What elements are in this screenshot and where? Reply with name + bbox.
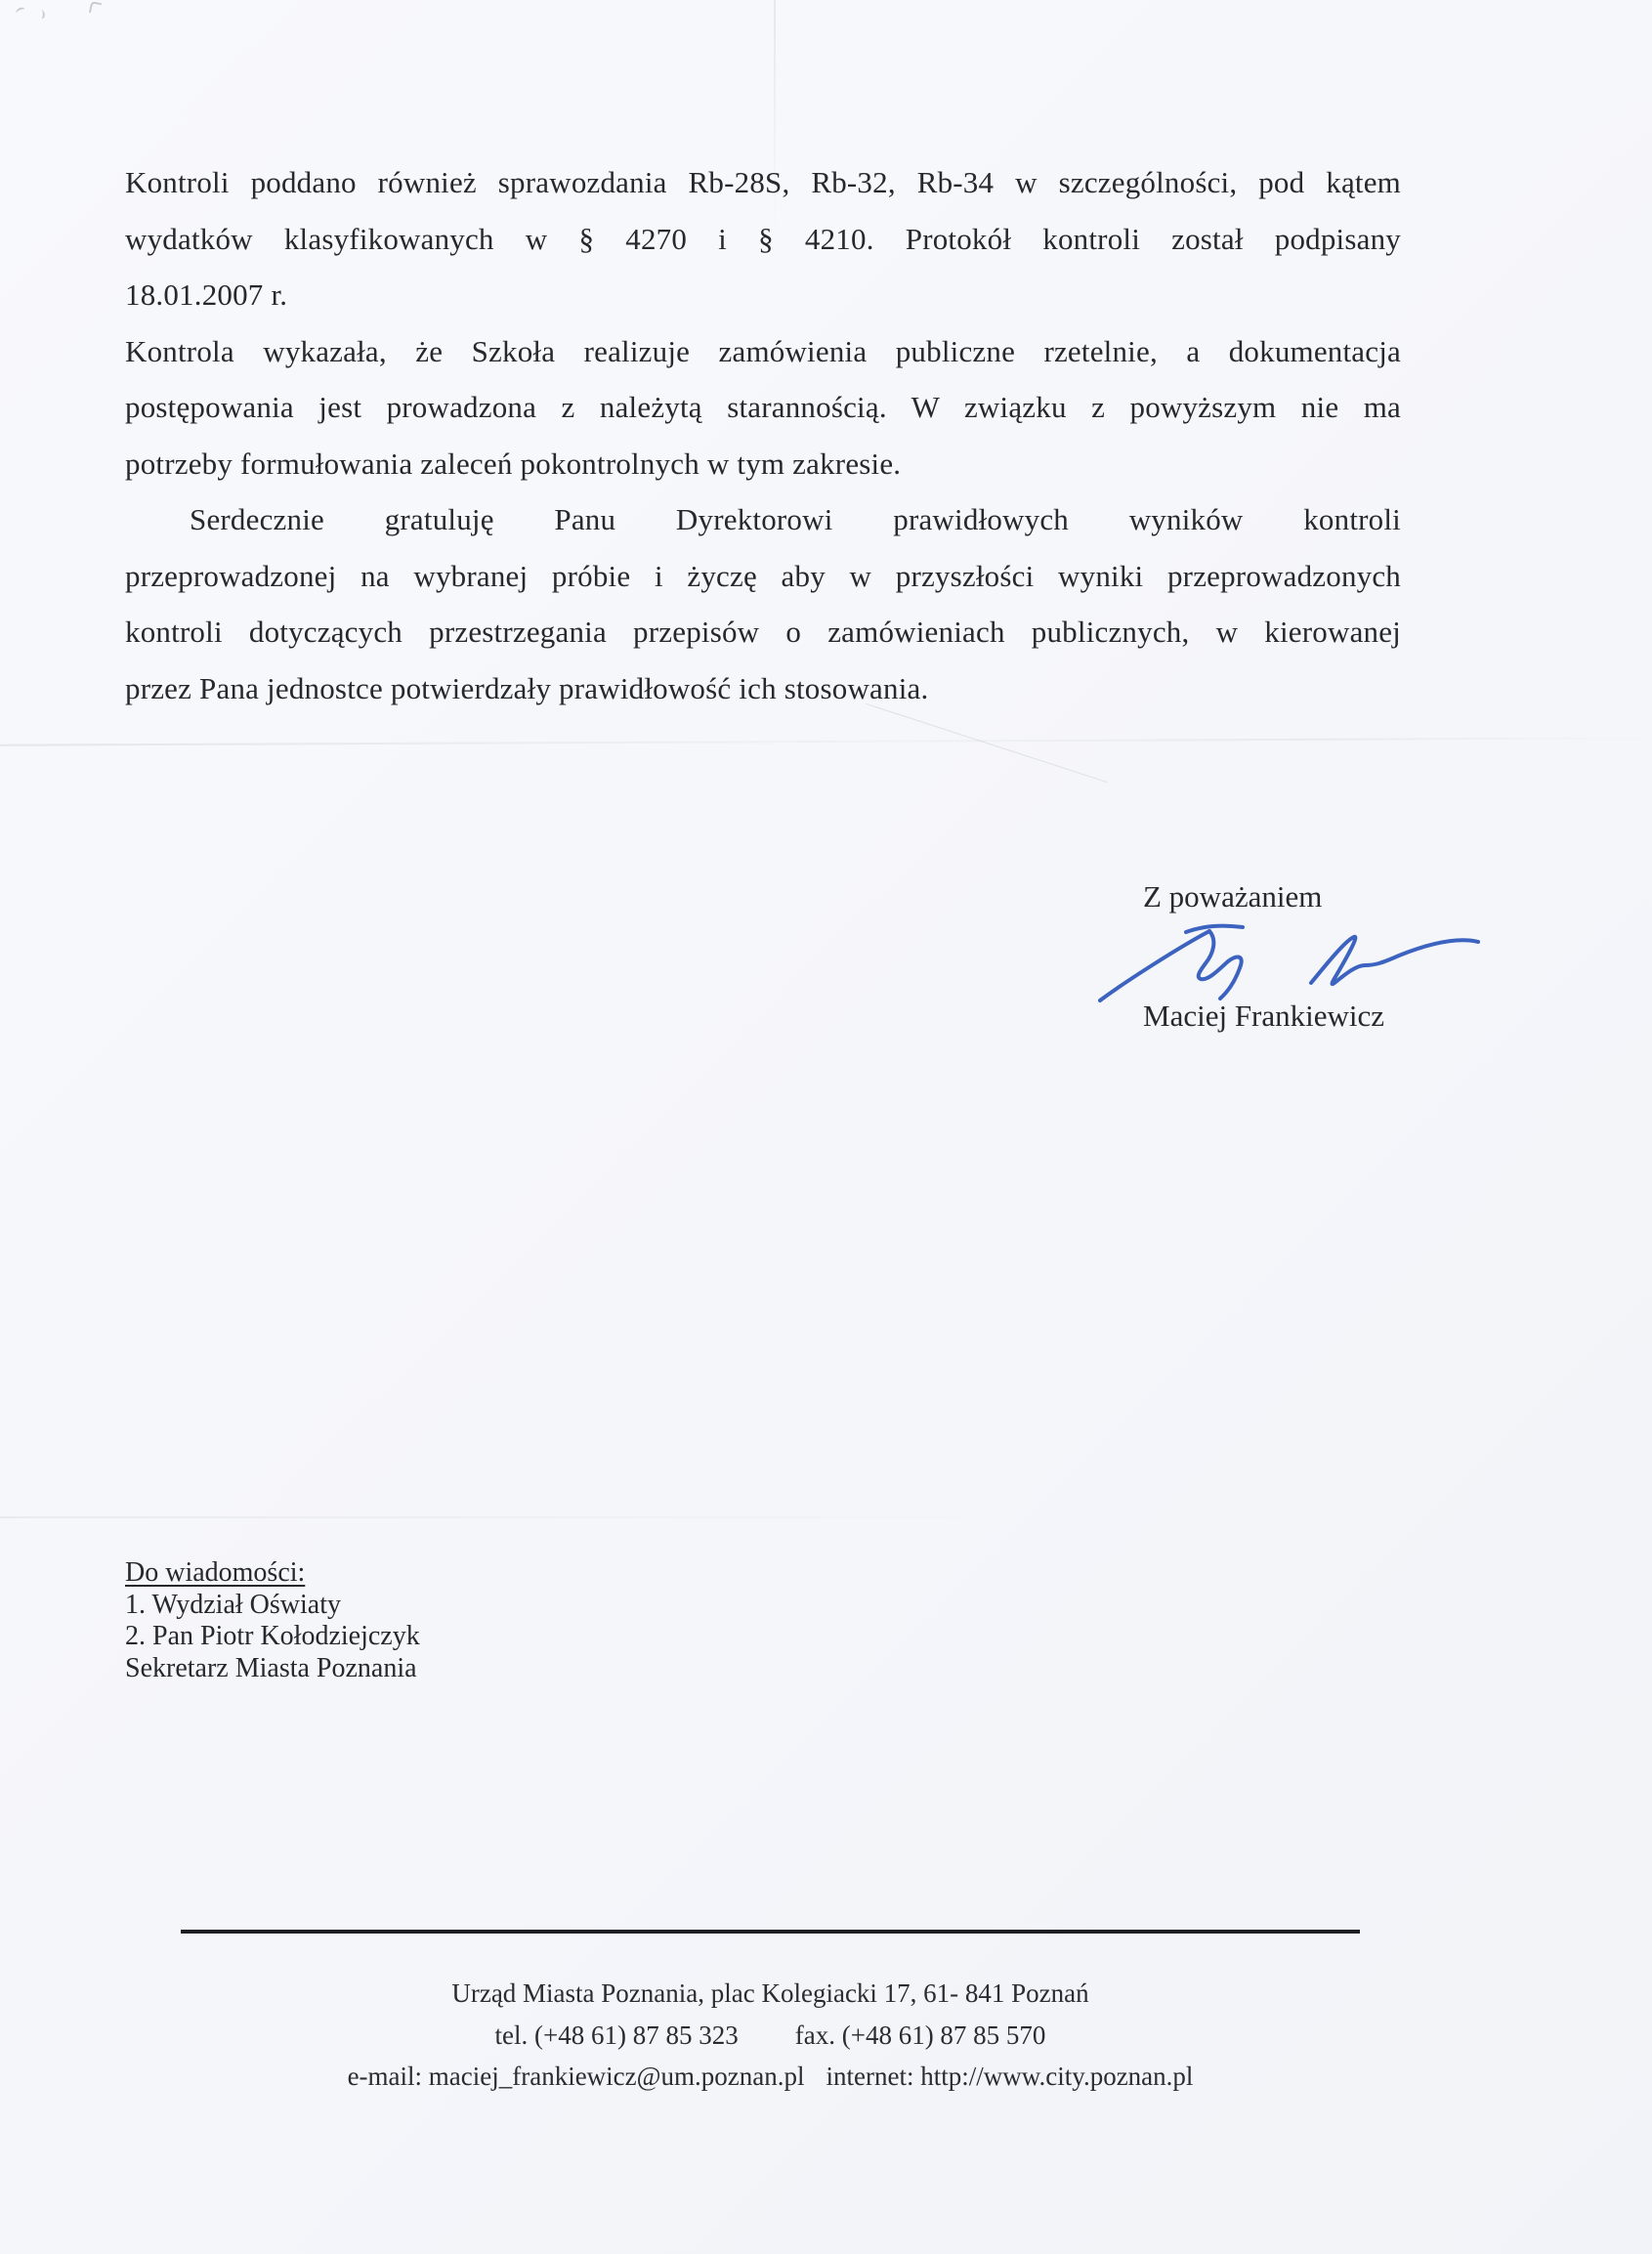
scanned-letter-page: Kontroli poddano również sprawozdania Rb… [0,0,1652,2254]
cc-block: Do wiadomości: 1. Wydział Oświaty 2. Pan… [125,1557,420,1684]
cc-item: 1. Wydział Oświaty [125,1590,420,1622]
closing-salutation: Z poważaniem [1143,877,1322,916]
cc-item: Sekretarz Miasta Poznania [125,1653,420,1685]
paper-fold-crease [0,1516,1024,1518]
footer-internet: internet: http://www.city.poznan.pl [826,2062,1194,2091]
body-text-line: Serdecznie gratuluję Panu Dyrektorowi pr… [125,491,1401,548]
body-text-line: przez Pana jednostce potwierdzały prawid… [125,660,1401,717]
footer-fax: fax. (+48 61) 87 85 570 [795,2020,1046,2050]
body-text-line: 18.01.2007 r. [125,267,1401,323]
body-text-line: przeprowadzonej na wybranej próbie i życ… [125,548,1401,605]
paper-fold-crease [0,737,1652,745]
body-text-line: Kontroli poddano również sprawozdania Rb… [125,154,1401,211]
footer-online-line: e-mail: maciej_frankiewicz@um.poznan.pli… [181,2056,1360,2098]
letter-footer: Urząd Miasta Poznania, plac Kolegiacki 1… [181,1930,1360,2098]
footer-tel: tel. (+48 61) 87 85 323 [495,2020,739,2050]
body-text-line: kontroli dotyczących przestrzegania prze… [125,604,1401,660]
footer-contact-line: tel. (+48 61) 87 85 323fax. (+48 61) 87 … [181,2015,1360,2057]
pencil-mark [89,1,102,15]
footer-divider-rule [181,1930,1360,1934]
body-text-line: wydatków klasyfikowanych w § 4270 i § 42… [125,211,1401,268]
body-text-line: postępowania jest prowadzona z należytą … [125,379,1401,436]
cc-item: 2. Pan Piotr Kołodziejczyk [125,1621,420,1653]
footer-address: Urząd Miasta Poznania, plac Kolegiacki 1… [181,1973,1360,2015]
letter-body: Kontroli poddano również sprawozdania Rb… [125,154,1401,716]
signer-name: Maciej Frankiewicz [1143,997,1384,1036]
body-text-line: potrzeby formułowania zaleceń pokontroln… [125,436,1401,492]
body-text-line: Kontrola wykazała, że Szkoła realizuje z… [125,323,1401,380]
pencil-mark [15,7,26,18]
pencil-mark [36,9,45,19]
cc-heading: Do wiadomości: [125,1557,420,1590]
footer-email: e-mail: maciej_frankiewicz@um.poznan.pl [348,2062,805,2091]
